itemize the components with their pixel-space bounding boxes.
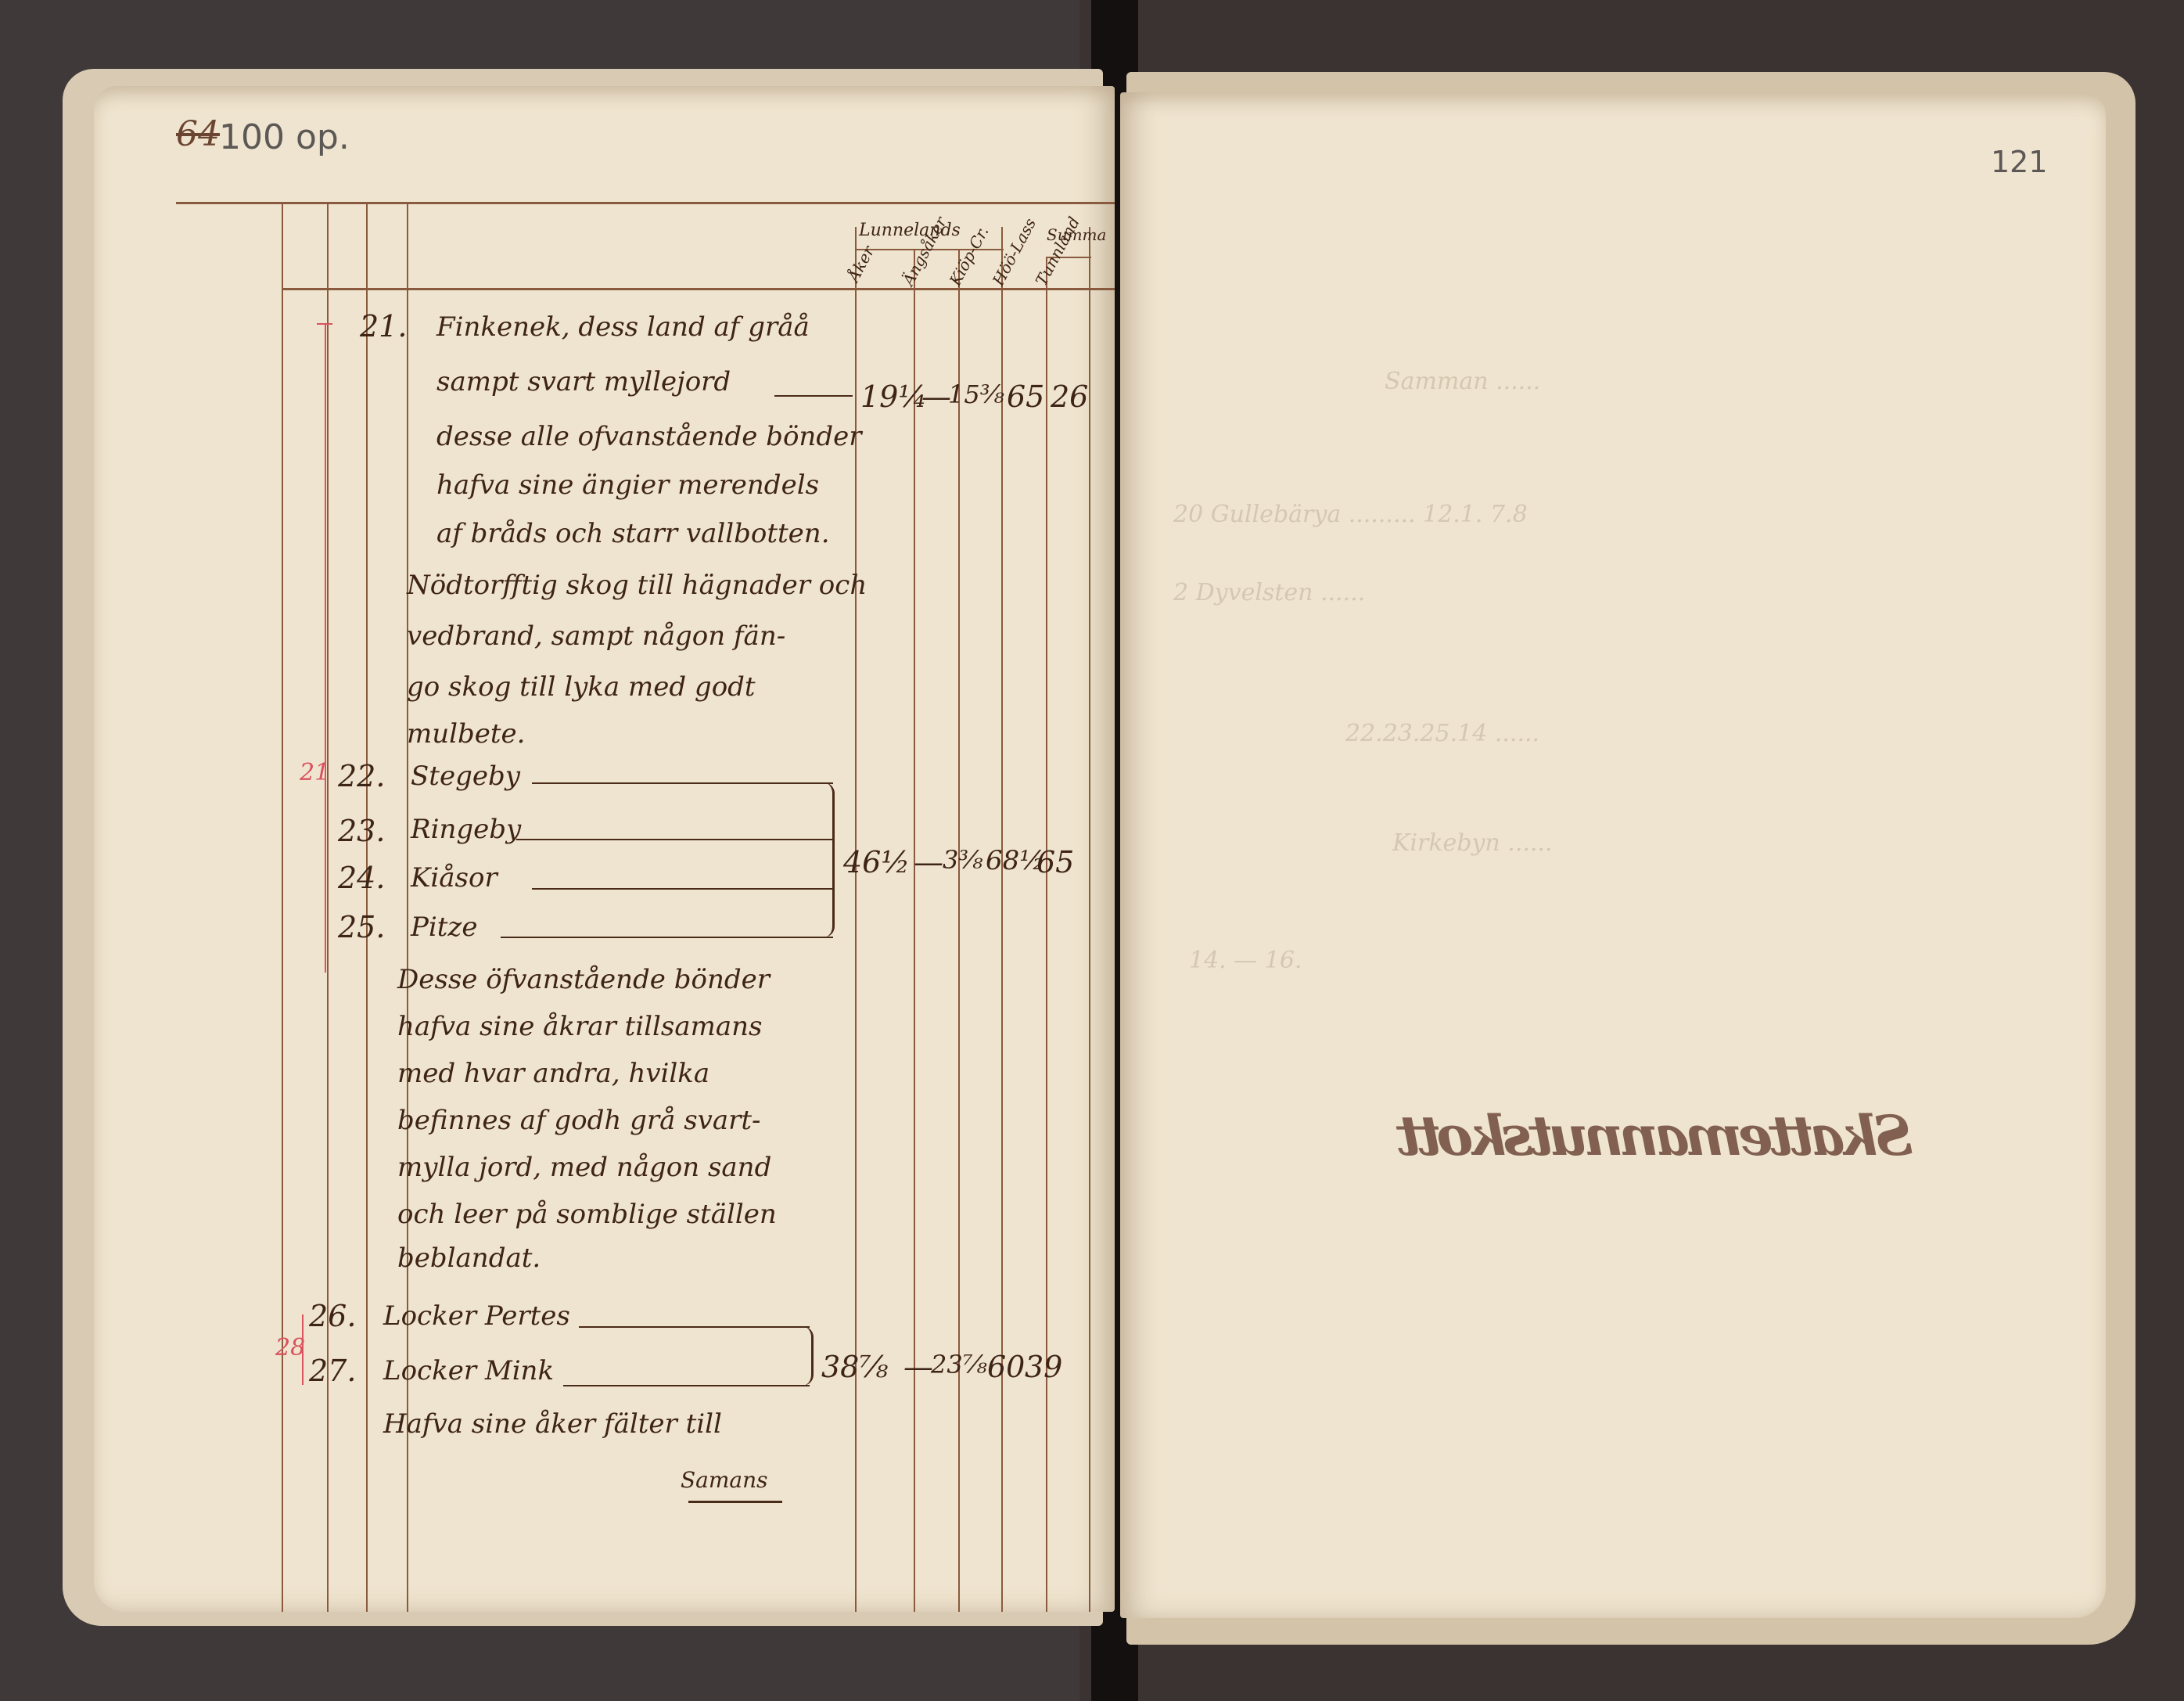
entry-26-27-aker-value: 38⅞ — [821, 1350, 888, 1384]
red-margin-bracket-1 — [325, 323, 326, 973]
entry-22-25-aker-value: 46½ — [843, 845, 910, 879]
farm-name-22: Stegeby — [411, 761, 520, 792]
entry-22-25-angsaker-value: — — [914, 845, 943, 879]
entry-21-angsaker-value: — — [921, 379, 951, 414]
entry-26-27-summa-value: 39 — [1025, 1350, 1062, 1384]
bleedthrough-line-2: 20 Gullebärya ......... 12.1. 7.8 — [1173, 501, 1528, 528]
mirrored-ink-offset: Skattemannutskott — [1400, 1103, 1913, 1168]
catchword-underline — [688, 1501, 782, 1503]
pencil-folio-left: 100 op. — [219, 117, 350, 157]
entry-21-line-7: vedbrand, sampt någon fän- — [407, 620, 785, 652]
leader-line-24 — [532, 888, 833, 890]
leader-line-25 — [501, 937, 833, 938]
bleedthrough-line-5: Kirkebyn ...... — [1392, 829, 1553, 857]
header-bottom-rule — [282, 288, 1115, 290]
pencil-folio-right: 121 — [1991, 145, 2048, 179]
entry-22-25-line-5: mylla jord, med någon sand — [397, 1152, 771, 1183]
grouping-brace-26-27 — [794, 1326, 814, 1386]
entry-22-25-summa-value: 65 — [1036, 845, 1074, 879]
margin-rule-1 — [282, 203, 283, 1612]
col-rule-6 — [1089, 227, 1090, 1612]
bleedthrough-line-3: 2 Dyvelsten ...... — [1173, 579, 1365, 606]
farm-name-26: Locker Pertes — [383, 1300, 570, 1332]
leader-line-26 — [579, 1326, 810, 1328]
entry-26-27-line-1: Hafva sine åker fälter till — [383, 1408, 722, 1440]
red-margin-note-21: 21 — [300, 759, 329, 786]
entry-number-26: 26. — [309, 1299, 356, 1333]
entry-number-25: 25. — [338, 910, 385, 944]
farm-name-24: Kiåsor — [411, 862, 498, 894]
entry-21-line-8: go skog till lyka med godt — [407, 671, 756, 703]
red-bracket-cap — [317, 323, 332, 325]
catchword: Samans — [681, 1467, 768, 1493]
entry-number-21: 21. — [360, 309, 407, 343]
col-rule-4 — [1001, 227, 1003, 1612]
entry-21-summa-value: 26 — [1051, 379, 1088, 414]
entry-22-25-line-4: befinnes af godh grå svart- — [397, 1105, 761, 1136]
entry-26-27-angsaker-value: — — [903, 1350, 933, 1384]
entry-26-27-kiop-value: 23⅞ — [931, 1350, 987, 1379]
entry-number-27: 27. — [309, 1354, 356, 1388]
entry-number-24: 24. — [338, 861, 385, 895]
col-rule-3 — [958, 250, 960, 1612]
entry-22-25-line-6: och leer på somblige ställen — [397, 1199, 777, 1230]
farm-name-23: Ringeby — [411, 814, 521, 845]
bleedthrough-line-6: 14. — 16. — [1189, 947, 1302, 974]
entry-number-22: 22. — [338, 759, 385, 793]
farm-name-25: Pitze — [411, 912, 477, 943]
mirrored-offset-text: Skattemannutskott — [1400, 1103, 1913, 1168]
leader-line-23 — [516, 839, 833, 840]
entry-21-hoo-value: 65 — [1007, 379, 1044, 414]
leader-line — [774, 395, 853, 397]
entry-21-line-9: mulbete. — [407, 718, 526, 750]
entry-22-25-line-7: beblandat. — [397, 1242, 541, 1274]
grouping-brace-22-25 — [814, 782, 835, 937]
col-rule-5 — [1046, 258, 1047, 1612]
top-rule — [176, 202, 1115, 204]
entry-number-23: 23. — [338, 814, 385, 848]
entry-21-line-3: desse alle ofvanstående bönder — [436, 421, 861, 452]
struck-page-number: 64 — [176, 114, 220, 154]
entry-26-27-hoo-value: 60 — [987, 1350, 1025, 1384]
entry-22-25-kiop-value: 3⅜ — [943, 845, 982, 875]
entry-21-aker-value: 19¼ — [860, 379, 927, 414]
entry-22-25-line-3: med hvar andra, hvilka — [397, 1058, 709, 1089]
margin-rule-3 — [366, 203, 368, 1612]
farm-name-27: Locker Mink — [383, 1355, 554, 1386]
entry-21-line-5: af bråds och starr vallbotten. — [436, 518, 830, 549]
bleedthrough-line-1: Samman ...... — [1385, 368, 1540, 395]
entry-21-kiop-value: 15⅜ — [948, 379, 1004, 409]
entry-21-line-1: Finkenek, dess land af gråå — [436, 311, 810, 343]
entry-21-line-6: Nödtorfftig skog till hägnader och — [407, 570, 867, 601]
red-margin-note-28: 28 — [275, 1334, 305, 1361]
entry-22-25-line-2: hafva sine åkrar tillsamans — [397, 1011, 763, 1042]
col-rule-2 — [914, 250, 915, 1612]
entry-21-line-2: sampt svart myllejord — [436, 366, 731, 397]
entry-22-25-line-1: Desse öfvanstående bönder — [397, 964, 770, 995]
leader-line-22 — [532, 782, 833, 784]
right-page — [1120, 92, 2106, 1618]
margin-rule-2 — [327, 203, 329, 1612]
bleedthrough-line-4: 22.23.25.14 ...... — [1345, 720, 1539, 747]
entry-21-line-4: hafva sine ängier merendels — [436, 469, 819, 501]
leader-line-27 — [563, 1385, 810, 1386]
margin-rule-4 — [407, 203, 408, 1612]
